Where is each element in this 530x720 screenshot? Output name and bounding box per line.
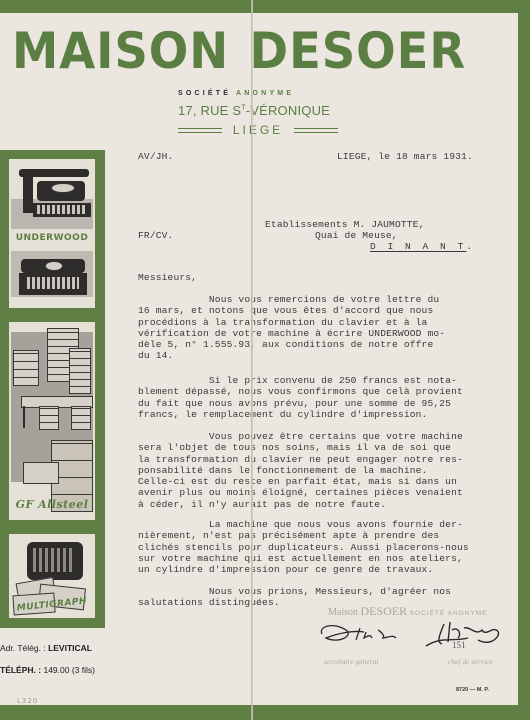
place-and-date: LIEGE, le 18 mars 1931. <box>337 151 473 162</box>
legal-form-part1: SOCIÉTÉ <box>178 90 231 97</box>
signer-number: 151 <box>452 640 466 650</box>
signer-2-role: chef de service <box>448 657 493 666</box>
allsteel-ad: GF Allsteel <box>9 322 95 520</box>
decorative-rule-left <box>178 128 222 133</box>
paragraph-2: Si le prix convenu de 250 francs est not… <box>138 375 463 420</box>
phone-value: 149.00 (3 fils) <box>43 665 95 675</box>
recipient-city-punct: . <box>466 241 472 252</box>
reference-initials-1: AV/JH. <box>138 151 173 162</box>
fold-crease <box>251 0 253 720</box>
address-street: 17, RUE S <box>178 103 241 118</box>
paragraph-3: Vous pouvez être certains que votre mach… <box>138 431 463 510</box>
multigraph-ad: MULTIGRAPH <box>9 534 95 618</box>
signature-secretary <box>316 620 406 650</box>
legal-form-part2: ANONYME <box>236 90 294 97</box>
telegraph-address: Adr. Télég. : LEVITICAL <box>0 643 92 653</box>
telegraph-label: Adr. Télég. : <box>0 643 46 653</box>
recipient-city: D I N A N T. <box>370 241 472 252</box>
decorative-rule-right <box>294 128 338 133</box>
telegraph-value: LEVITICAL <box>48 643 92 653</box>
signer-1-role: secrétaire général <box>324 657 379 666</box>
allsteel-label: GF Allsteel <box>9 498 95 511</box>
address-street-end: -VÉRONIQUE <box>246 103 330 118</box>
legal-form: SOCIÉTÉ ANONYME <box>178 90 338 97</box>
city-label: LIEGE <box>233 123 283 137</box>
printer-code: 8720 — M. P. <box>456 687 489 693</box>
underwood-label: UNDERWOOD <box>9 233 95 243</box>
company-name-word2: DESOER <box>250 22 467 80</box>
salutation: Messieurs, <box>138 272 197 283</box>
phone-label: TÉLÉPH. : <box>0 665 41 675</box>
reference-initials-2: FR/CV. <box>138 230 173 241</box>
pencil-archive-note: L320 <box>17 697 38 705</box>
ad-divider <box>9 524 95 532</box>
telephone-number: TÉLÉPH. : 149.00 (3 fils) <box>0 665 95 675</box>
company-name: MAISONDESOER <box>12 26 462 76</box>
ad-divider <box>9 312 95 320</box>
company-city: LIEGE <box>178 123 338 137</box>
recipient-city-name: D I N A N T <box>370 241 466 252</box>
paragraph-4: La machine que nous vous avons fournie d… <box>138 519 469 575</box>
underwood-ad: UNDERWOOD <box>9 159 95 308</box>
company-address: 17, RUE ST-VÉRONIQUE <box>178 103 338 118</box>
company-name-word1: MAISON <box>12 22 229 80</box>
stamp-maison: Maison <box>328 607 358 618</box>
recipient-street: Quai de Meuse, <box>315 230 398 241</box>
recipient-name: Etablissements M. JAUMOTTE, <box>265 219 425 230</box>
stamp-brand: DESOER <box>361 604 408 618</box>
signature-department-head <box>422 616 510 652</box>
paragraph-1: Nous vous remercions de votre lettre du … <box>138 294 445 362</box>
